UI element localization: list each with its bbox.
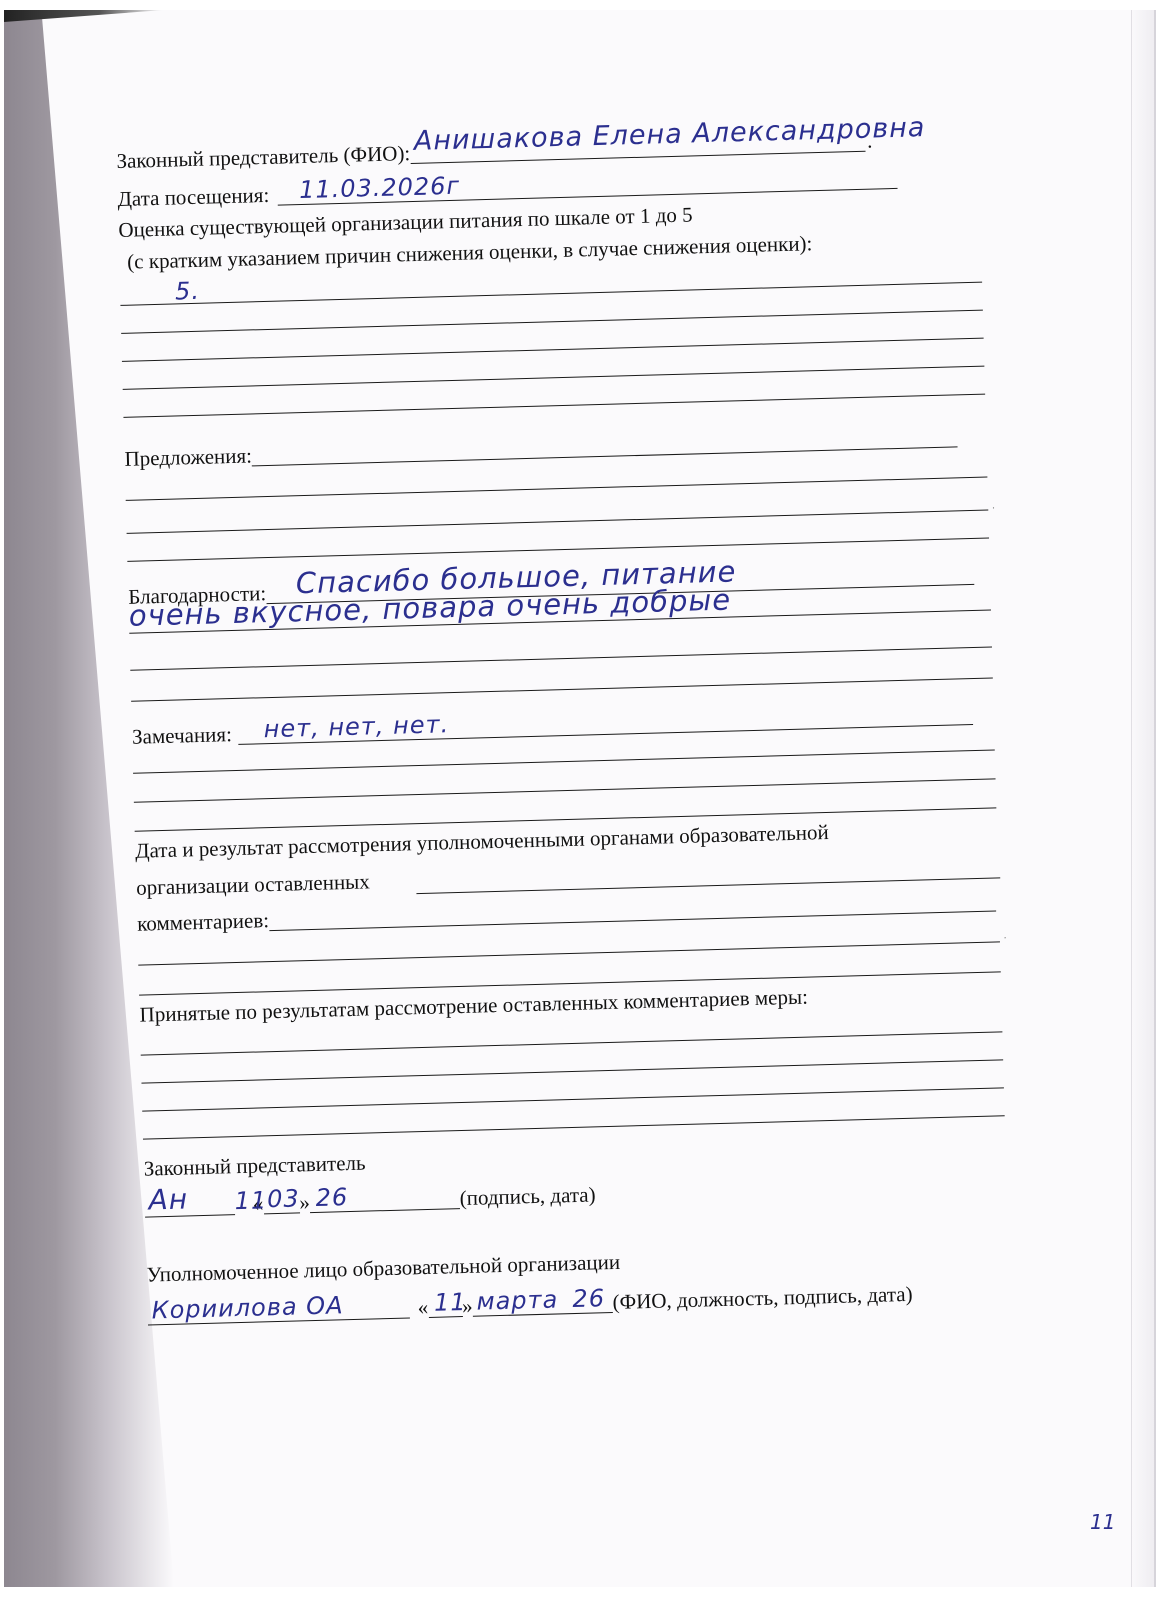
suggestions-input-line-2[interactable] — [126, 477, 988, 501]
thanks-input-line-4[interactable] — [131, 677, 993, 701]
form-page: Законный представитель (ФИО): Анишакова … — [115, 80, 1080, 1425]
rep-signature-title: Законный представитель — [144, 1153, 366, 1180]
rep-month-input[interactable]: 03 — [263, 1188, 300, 1214]
measures-input-line-1[interactable] — [141, 1031, 1003, 1055]
remarks-input[interactable]: нет, нет, нет. — [237, 700, 972, 745]
thanks-input-line-3[interactable] — [130, 646, 992, 670]
measures-input-line-2[interactable] — [141, 1059, 1003, 1083]
remarks-label: Замечания: — [132, 724, 232, 748]
representative-field: Законный представитель (ФИО): Анишакова … — [116, 127, 872, 172]
rep-signature-handwriting: Ан — [148, 1185, 188, 1214]
remarks-handwriting: нет, нет, нет. — [263, 712, 449, 741]
rating-input-line-2[interactable] — [121, 310, 983, 334]
suggestions-input-line-3[interactable] — [127, 510, 989, 534]
measures-input-line-3[interactable] — [142, 1087, 1004, 1111]
representative-label: Законный представитель (ФИО): — [116, 143, 410, 172]
remarks-input-line-2[interactable] — [133, 749, 995, 773]
suggestions-input[interactable] — [252, 422, 958, 466]
review-input[interactable] — [269, 886, 996, 931]
rating-label-1: Оценка существующей организации питания … — [118, 204, 693, 241]
visit-date-handwriting: 11.03.2026г — [299, 174, 461, 202]
official-signature-field: Кориилова ОА « 11 » марта 26 (ФИО, должн… — [147, 1280, 912, 1326]
visit-date-input[interactable]: 11.03.2026г — [277, 164, 897, 206]
rating-input-line-3[interactable] — [122, 338, 984, 362]
rating-handwriting: 5. — [175, 279, 201, 304]
measures-input-line-4[interactable] — [143, 1115, 1005, 1139]
remarks-field: Замечания: нет, нет, нет. — [132, 700, 973, 748]
rating-input-line-4[interactable] — [123, 366, 985, 390]
official-name-input[interactable]: Кориилова ОА — [147, 1293, 410, 1325]
visit-date-field: Дата посещения: 11.03.2026г — [117, 164, 897, 210]
official-signature-caption: (ФИО, должность, подпись, дата) — [612, 1284, 913, 1313]
suggestions-field: Предложения: — [124, 422, 958, 470]
official-name-handwriting: Кориилова ОА — [151, 1293, 344, 1322]
rep-year-input[interactable]: 26 — [309, 1184, 460, 1213]
representative-input[interactable]: Анишакова Елена Александровна — [410, 127, 866, 164]
remarks-input-line-3[interactable] — [134, 778, 996, 802]
stacked-pages-edge — [1131, 10, 1156, 1587]
review-label-3: комментариев: — [137, 910, 269, 935]
rating-input-line-5[interactable] — [123, 394, 985, 418]
rating-label-2: (с кратким указанием причин снижения оце… — [119, 233, 813, 273]
visit-date-label: Дата посещения: — [117, 185, 269, 210]
representative-handwriting: Анишакова Елена Александровна — [414, 114, 926, 155]
rep-signature-field: Ан 11 « 03 » 26 (подпись, дата) — [144, 1180, 595, 1217]
rep-signature-input[interactable]: Ан — [144, 1190, 235, 1217]
official-day-input[interactable]: 11 — [428, 1292, 463, 1318]
page-number: 11 — [1090, 1510, 1115, 1534]
rep-signature-caption: (подпись, дата) — [459, 1184, 595, 1209]
thanks-input-line-2[interactable]: очень вкусное, повара очень добрые — [129, 609, 991, 633]
suggestions-label: Предложения: — [124, 445, 252, 469]
official-signature-title: Уполномоченное лицо образовательной орга… — [146, 1252, 620, 1286]
review-label-2: организации оставленных — [136, 871, 370, 898]
official-month-input[interactable]: марта 26 — [472, 1288, 613, 1317]
rating-input-line-1[interactable]: 5. — [120, 282, 982, 306]
review-input-line-2[interactable] — [138, 941, 1000, 965]
